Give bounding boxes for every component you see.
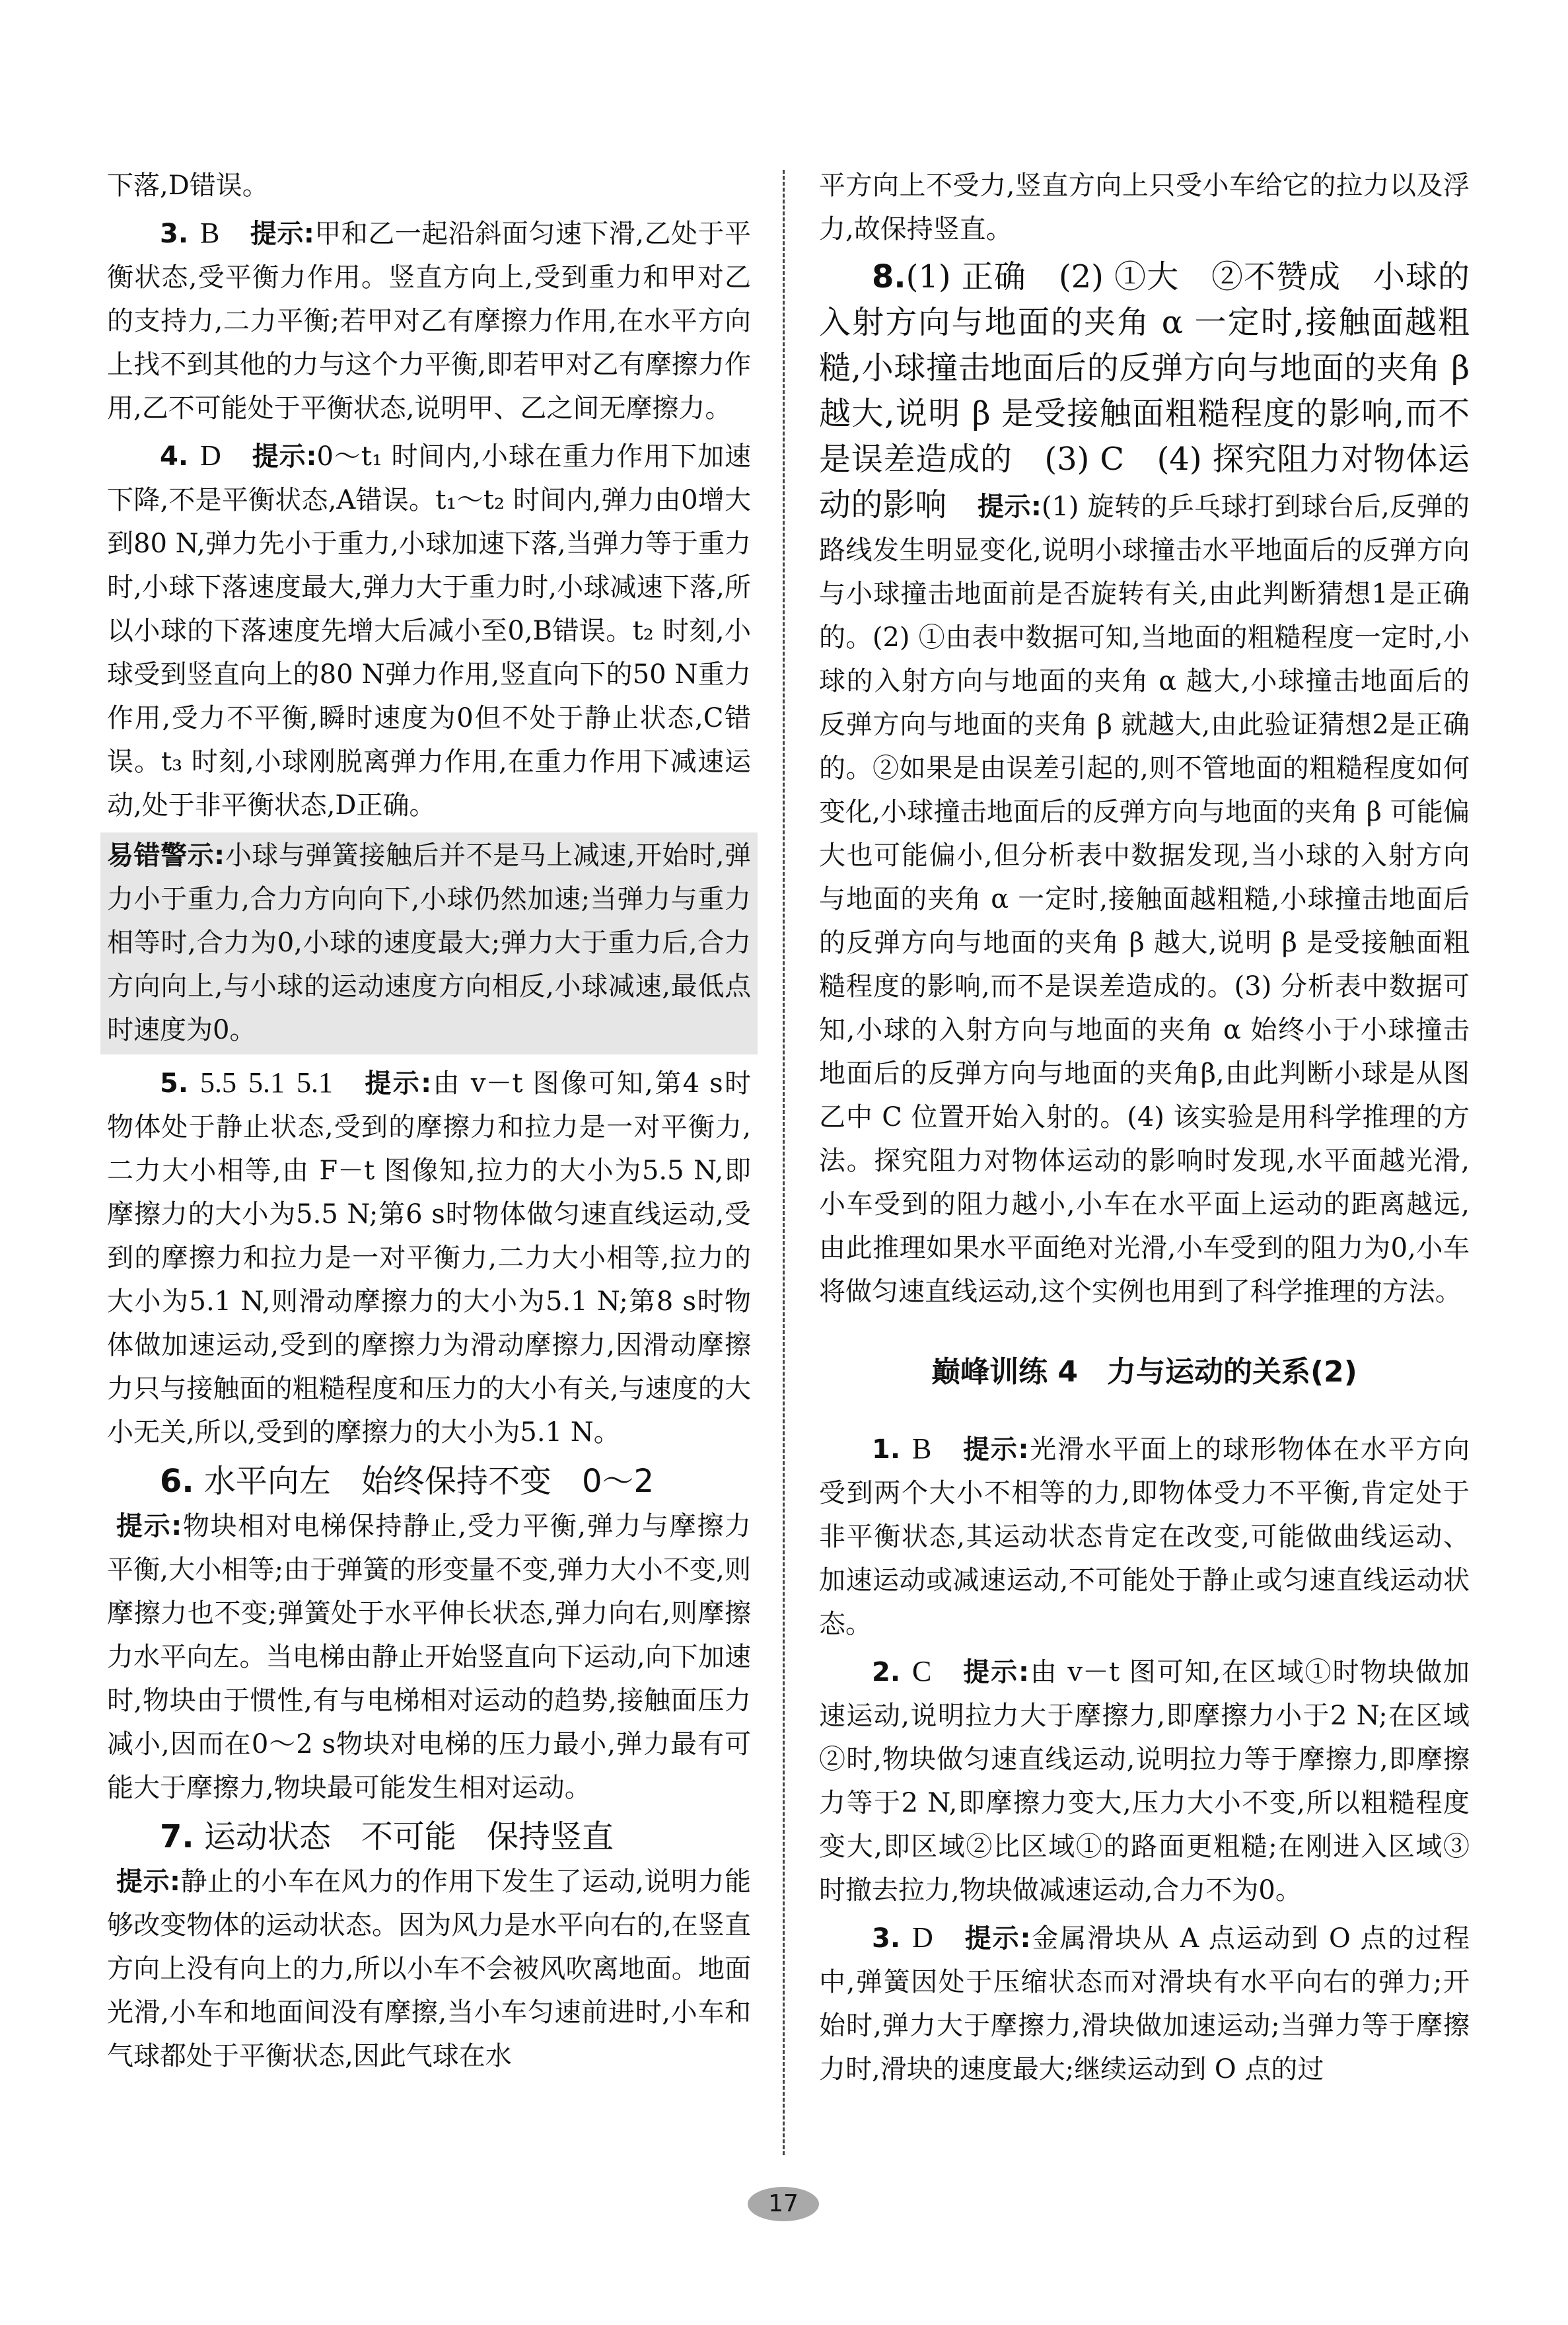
item-number: 7. [160,1818,194,1855]
item-number: 4. [160,441,188,472]
continuation-text: 平方向上不受力,竖直方向上只受小车给它的拉力以及浮力,故保持竖直。 [819,164,1470,251]
hint-label: 提示: [363,1068,431,1099]
alert-label: 易错警示: [107,840,225,871]
hint-text: 由 v－t 图像可知,第4 s时物体处于静止状态,受到的摩擦力和拉力是一对平衡力… [107,1068,751,1448]
hint-text: 甲和乙一起沿斜面匀速下滑,乙处于平衡状态,受平衡力作用。竖直方向上,受到重力和甲… [107,219,751,424]
item-answer-3: 保持竖直 [487,1818,614,1855]
answer-item-6-header: 6. 水平向左始终保持不变0～2 [107,1458,751,1504]
item-answer-2: 不可能 [361,1818,456,1855]
item-number: 3. [160,219,188,249]
right-column: 平方向上不受力,竖直方向上只受小车给它的拉力以及浮力,故保持竖直。 8.(1) … [819,164,1470,2091]
item-answer: B [900,1432,962,1465]
item-number: 5. [160,1068,188,1099]
item-number: 1. [872,1434,900,1465]
hint-label: 提示: [116,1511,182,1541]
hint-text: 静止的小车在风力的作用下发生了运动,说明力能够改变物体的运动状态。因为风力是水平… [107,1866,751,2071]
item-number: 3. [872,1923,900,1954]
item-answer-2: 5.1 [236,1066,285,1099]
hint-label: 提示: [978,492,1042,522]
answer-item-8: 8.(1) 正确 (2) ①大 ②不赞成 小球的入射方向与地面的夹角 α 一定时… [819,255,1470,1313]
answer-item-5: 5.5.55.15.1提示:由 v－t 图像可知,第4 s时物体处于静止状态,受… [107,1061,751,1454]
item-answer: C [900,1655,962,1687]
hint-label: 提示: [116,1866,180,1897]
answer-item-7-hint: 提示:静止的小车在风力的作用下发生了运动,说明力能够改变物体的运动状态。因为风力… [107,1860,751,2078]
hint-text: 0～t₁ 时间内,小球在重力作用下加速下降,不是平衡状态,A错误。t₁～t₂ 时… [107,441,751,821]
section-title: 巅峰训练 4 力与运动的关系(2) [819,1350,1470,1394]
answer-item-7-header: 7. 运动状态不可能保持竖直 [107,1814,751,1860]
hint-label: 提示: [962,1657,1029,1687]
hint-label: 提示: [250,219,314,249]
item-number: 8. [872,258,906,295]
continuation-text: 下落,D错误。 [107,164,751,207]
item-answer-1: 5.5 [188,1066,236,1099]
item-answer: (1) 正确 (2) ①大 ②不赞成 小球的入射方向与地面的夹角 α 一定时,接… [819,258,1470,523]
item-answer-1: 水平向左 [204,1463,331,1500]
hint-label: 提示: [964,1923,1031,1954]
column-divider [783,170,785,2155]
answer-item-4: 4.D提示:0～t₁ 时间内,小球在重力作用下加速下降,不是平衡状态,A错误。t… [107,434,751,827]
item-number: 6. [160,1463,194,1500]
hint-label: 提示: [252,441,317,472]
item-answer-2: 始终保持不变 [361,1463,552,1500]
item-answer-3: 5.1 [285,1066,363,1099]
item-answer: B [188,217,250,249]
left-column: 下落,D错误。 3.B提示:甲和乙一起沿斜面匀速下滑,乙处于平衡状态,受平衡力作… [107,164,751,2078]
item-answer: D [900,1921,964,1954]
hint-text: 由 v－t 图可知,在区域①时物块做加速运动,说明拉力大于摩擦力,即摩擦力小于2… [819,1657,1470,1905]
item-number: 2. [872,1657,900,1687]
answer-item-s3: 3.D提示:金属滑块从 A 点运动到 O 点的过程中,弹簧因处于压缩状态而对滑块… [819,1916,1470,2091]
item-8-answer-block: 8.(1) 正确 (2) ①大 ②不赞成 小球的入射方向与地面的夹角 α 一定时… [819,258,1470,523]
common-mistake-box: 易错警示:小球与弹簧接触后并不是马上减速,开始时,弹力小于重力,合力方向向下,小… [100,832,758,1054]
answer-item-s1: 1.B提示:光滑水平面上的球形物体在水平方向受到两个大小不相等的力,即物体受力不… [819,1427,1470,1646]
item-answer-3: 0～2 [582,1463,654,1500]
hint-text: 物块相对电梯保持静止,受力平衡,弹力与摩擦力平衡,大小相等;由于弹簧的形变量不变… [107,1511,751,1803]
answer-item-s2: 2.C提示:由 v－t 图可知,在区域①时物块做加速运动,说明拉力大于摩擦力,即… [819,1650,1470,1912]
hint-text: 光滑水平面上的球形物体在水平方向受到两个大小不相等的力,即物体受力不平衡,肯定处… [819,1434,1470,1639]
answer-item-6-hint: 提示:物块相对电梯保持静止,受力平衡,弹力与摩擦力平衡,大小相等;由于弹簧的形变… [107,1504,751,1810]
page-number-badge: 17 [748,2187,819,2221]
answer-item-3: 3.B提示:甲和乙一起沿斜面匀速下滑,乙处于平衡状态,受平衡力作用。竖直方向上,… [107,211,751,430]
item-answer: D [188,439,252,472]
alert-paragraph: 易错警示:小球与弹簧接触后并不是马上减速,开始时,弹力小于重力,合力方向向下,小… [107,834,751,1052]
item-answer-1: 运动状态 [204,1818,331,1855]
alert-text: 小球与弹簧接触后并不是马上减速,开始时,弹力小于重力,合力方向向下,小球仍然加速… [107,840,751,1045]
hint-label: 提示: [962,1434,1028,1465]
hint-text: (1) 旋转的乒乓球打到球台后,反弹的路线发生明显变化,说明小球撞击水平地面后的… [819,492,1470,1307]
